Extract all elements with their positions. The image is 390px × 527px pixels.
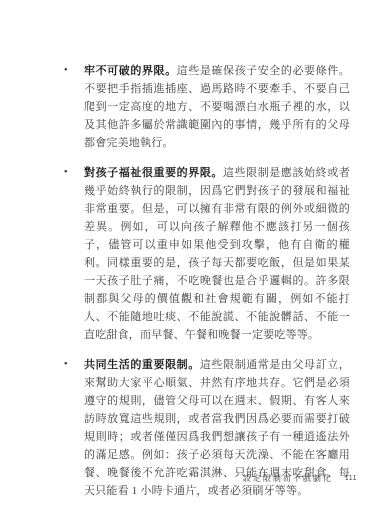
bullet-text: 牢不可破的界限。這些是確保孩子安全的必要條件。不要把手指插進插座、過馬路時不要牽… [84, 62, 350, 152]
bullet-body: 這些是確保孩子安全的必要條件。不要把手指插進插座、過馬路時不要牽手、不要自己爬到… [84, 65, 350, 149]
page-number: 111 [345, 475, 357, 482]
bullet-marker: • [64, 356, 84, 500]
bullet-heading: 對孩子福祉很重要的界限。 [84, 167, 223, 179]
bullet-marker: • [64, 62, 84, 152]
bullet-heading: 共同生活的重要限制。 [84, 359, 200, 371]
book-page: • 牢不可破的界限。這些是確保孩子安全的必要條件。不要把手指插進插座、過馬路時不… [0, 0, 390, 527]
bullet-body: 這些限制是應該始終或者幾乎始終執行的限制，因爲它們對孩子的發展和福祉非常重要。但… [84, 167, 350, 341]
page-body-text: • 牢不可破的界限。這些是確保孩子安全的必要條件。不要把手指插進插座、過馬路時不… [64, 62, 350, 500]
bullet-heading: 牢不可破的界限。 [84, 65, 177, 77]
bullet-text: 對孩子福祉很重要的界限。這些限制是應該始終或者幾乎始終執行的限制，因爲它們對孩子… [84, 164, 350, 344]
bullet-item-welfare-limits: • 對孩子福祉很重要的界限。這些限制是應該始終或者幾乎始終執行的限制，因爲它們對… [64, 164, 350, 344]
running-title: 設定限制而不戲劇化 [243, 473, 333, 484]
bullet-marker: • [64, 164, 84, 344]
bullet-item-unbreakable-limits: • 牢不可破的界限。這些是確保孩子安全的必要條件。不要把手指插進插座、過馬路時不… [64, 62, 350, 152]
page-footer: 設定限制而不戲劇化 111 [243, 473, 357, 484]
